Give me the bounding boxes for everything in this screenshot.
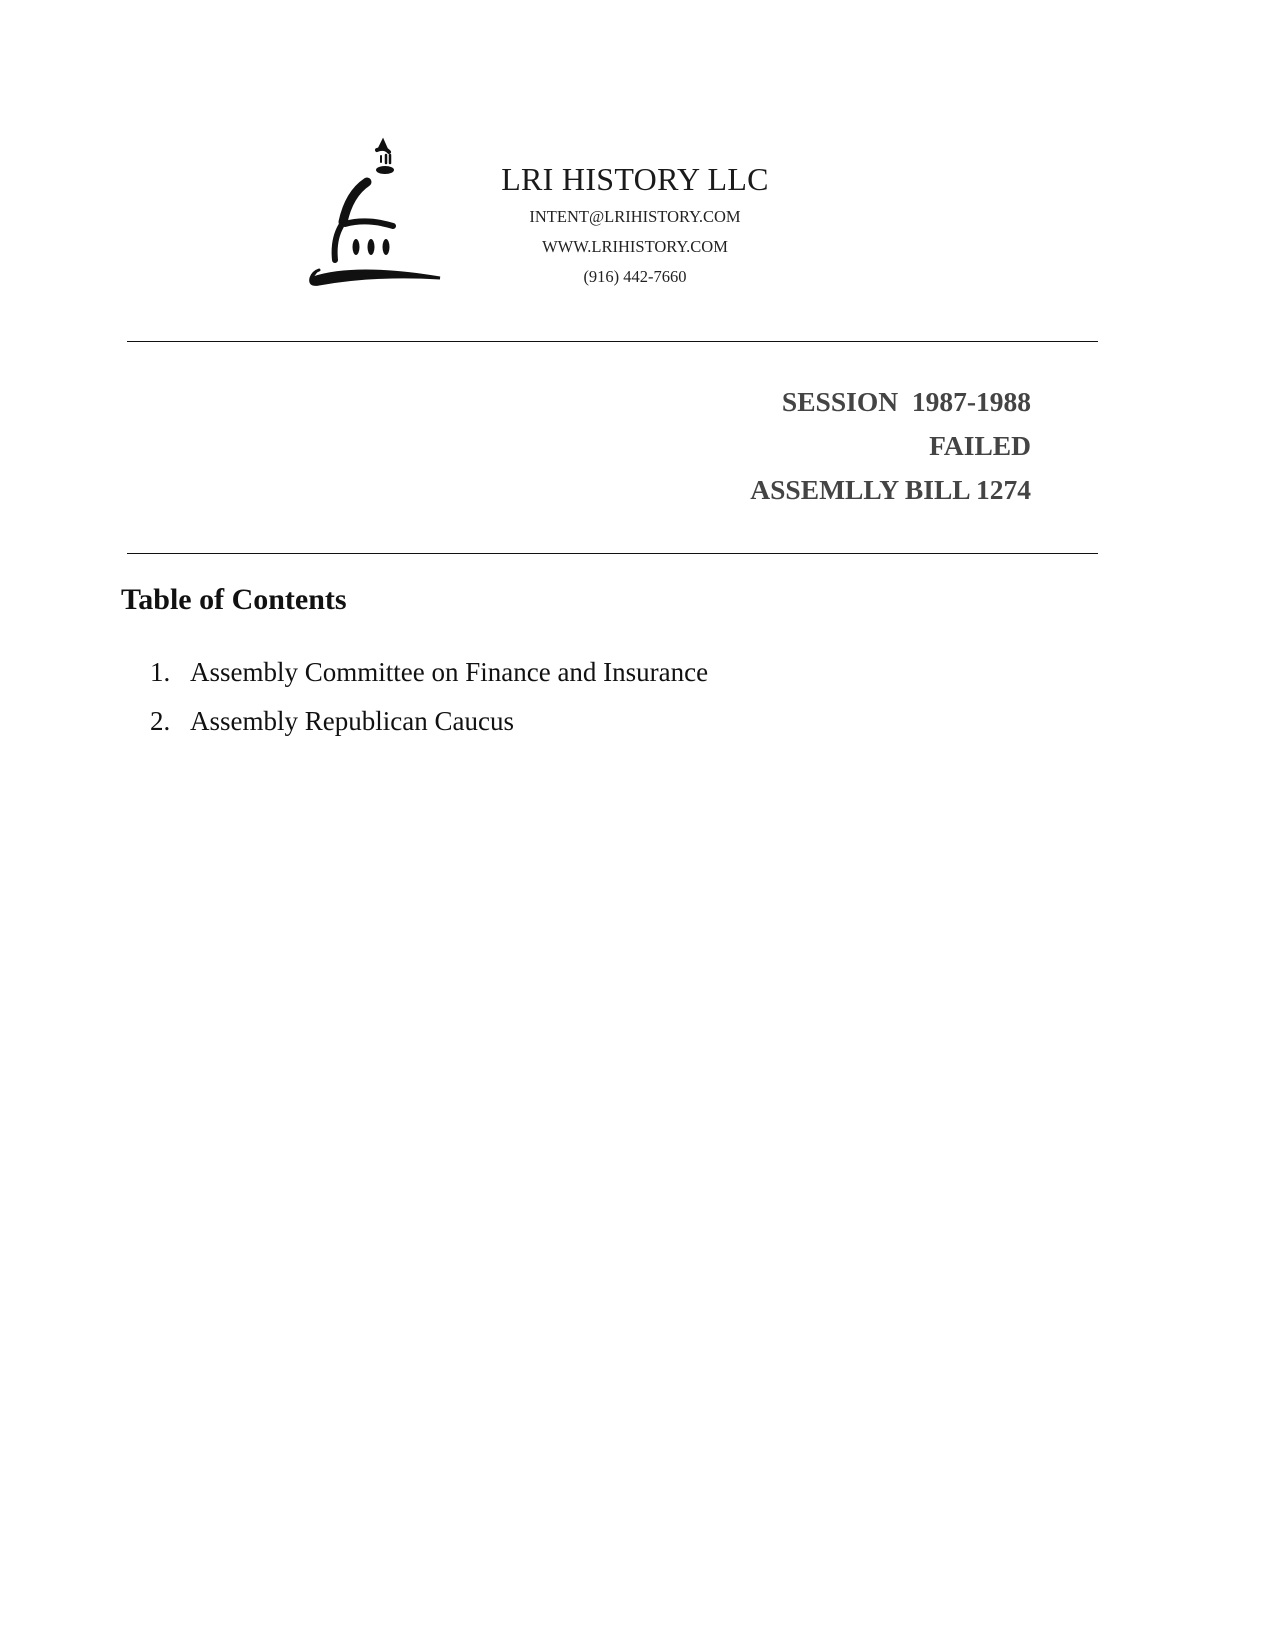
toc-item[interactable]: 2. Assembly Republican Caucus (150, 697, 708, 746)
toc-item[interactable]: 1. Assembly Committee on Finance and Ins… (150, 648, 708, 697)
company-email: INTENT@LRIHISTORY.COM (470, 202, 800, 232)
bottom-divider (127, 553, 1098, 554)
letterhead-company-block: LRI HISTORY LLC INTENT@LRIHISTORY.COM WW… (470, 160, 800, 292)
toc-item-label[interactable]: Assembly Republican Caucus (190, 697, 514, 746)
top-divider (127, 341, 1098, 342)
company-name: LRI HISTORY LLC (470, 160, 800, 198)
bill-label: ASSEMLLY BILL 1274 (750, 468, 1031, 512)
session-label: SESSION 1987-1988 (750, 380, 1031, 424)
toc-item-number: 2. (150, 697, 190, 746)
company-website: WWW.LRIHISTORY.COM (470, 232, 800, 262)
toc-item-label[interactable]: Assembly Committee on Finance and Insura… (190, 648, 708, 697)
toc-item-number: 1. (150, 648, 190, 697)
bill-info-block: SESSION 1987-1988 FAILED ASSEMLLY BILL 1… (750, 380, 1031, 512)
status-label: FAILED (750, 424, 1031, 468)
capitol-dome-icon (305, 136, 450, 294)
company-phone: (916) 442-7660 (470, 262, 800, 292)
toc-list: 1. Assembly Committee on Finance and Ins… (150, 648, 708, 746)
toc-title: Table of Contents (121, 583, 347, 617)
